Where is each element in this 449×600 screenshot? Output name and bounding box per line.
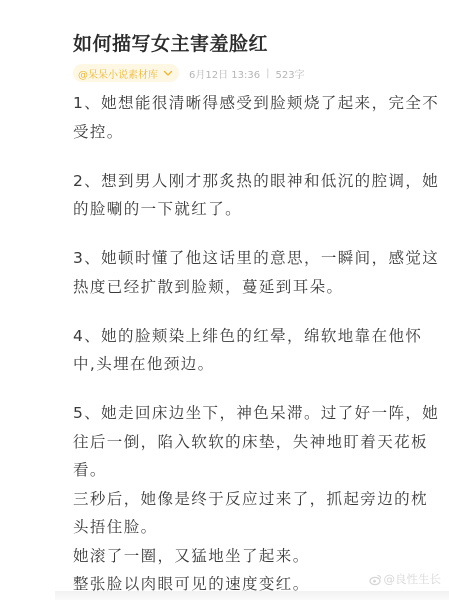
watermark: @良性生长	[369, 571, 442, 587]
weibo-logo-icon	[369, 573, 382, 586]
text-line: 的脸唰的一下就红了。	[73, 195, 383, 224]
paragraph-1: 1、她想能很清晰得感受到脸颊烧了起来，完全不 受控。	[73, 89, 383, 146]
meta-info: 6月12日 13:36 | 523字	[189, 66, 305, 81]
text-line: 头捂住脸。	[73, 513, 383, 542]
article-title: 如何描写女主害羞脸红	[73, 31, 268, 57]
text-line: 4、她的脸颊染上绯色的红晕，绵软地靠在他怀	[73, 322, 383, 351]
paragraph-3: 3、她顿时懂了他这话里的意思，一瞬间，感觉这 热度已经扩散到脸颊，蔓延到耳朵。	[73, 244, 383, 301]
bottom-divider	[55, 591, 449, 600]
text-line: 1、她想能很清晰得感受到脸颊烧了起来，完全不	[73, 89, 383, 118]
publish-date: 6月12日 13:36	[189, 66, 260, 81]
word-count: 523字	[275, 66, 304, 81]
text-line: 三秒后，她像是终于反应过来了，抓起旁边的枕	[73, 485, 383, 514]
paragraph-gap	[73, 146, 383, 167]
article-body: 1、她想能很清晰得感受到脸颊烧了起来，完全不 受控。 2、想到男人刚才那炙热的眼…	[73, 89, 383, 599]
text-line: 5、她走回床边坐下，神色呆滞。过了好一阵，她	[73, 399, 383, 428]
text-line: 热度已经扩散到脸颊，蔓延到耳朵。	[73, 273, 383, 302]
chevron-down-icon	[163, 68, 173, 78]
article-meta: @呆呆小说素材库 6月12日 13:36 | 523字	[73, 64, 305, 82]
author-tag-label: @呆呆小说素材库	[78, 66, 158, 81]
meta-separator: |	[266, 68, 269, 79]
paragraph-5: 5、她走回床边坐下，神色呆滞。过了好一阵，她 往后一倒，陷入软软的床垫，失神地盯…	[73, 399, 383, 599]
paragraph-4: 4、她的脸颊染上绯色的红晕，绵软地靠在他怀 中,头埋在他颈边。	[73, 322, 383, 379]
article: 如何描写女主害羞脸红 @呆呆小说素材库 6月12日 13:36 | 523字 1…	[0, 0, 449, 600]
paragraph-gap	[73, 224, 383, 245]
text-line: 她滚了一圈，又猛地坐了起来。	[73, 542, 383, 571]
watermark-text: @良性生长	[384, 571, 442, 587]
text-line: 3、她顿时懂了他这话里的意思，一瞬间，感觉这	[73, 244, 383, 273]
text-line: 中,头埋在他颈边。	[73, 350, 383, 379]
paragraph-gap	[73, 379, 383, 400]
paragraph-gap	[73, 301, 383, 322]
text-line: 2、想到男人刚才那炙热的眼神和低沉的腔调，她	[73, 167, 383, 196]
text-line: 看。	[73, 456, 383, 485]
text-line: 往后一倒，陷入软软的床垫，失神地盯着天花板	[73, 428, 383, 457]
author-tag-button[interactable]: @呆呆小说素材库	[73, 64, 179, 82]
text-line: 受控。	[73, 118, 383, 147]
paragraph-2: 2、想到男人刚才那炙热的眼神和低沉的腔调，她 的脸唰的一下就红了。	[73, 167, 383, 224]
